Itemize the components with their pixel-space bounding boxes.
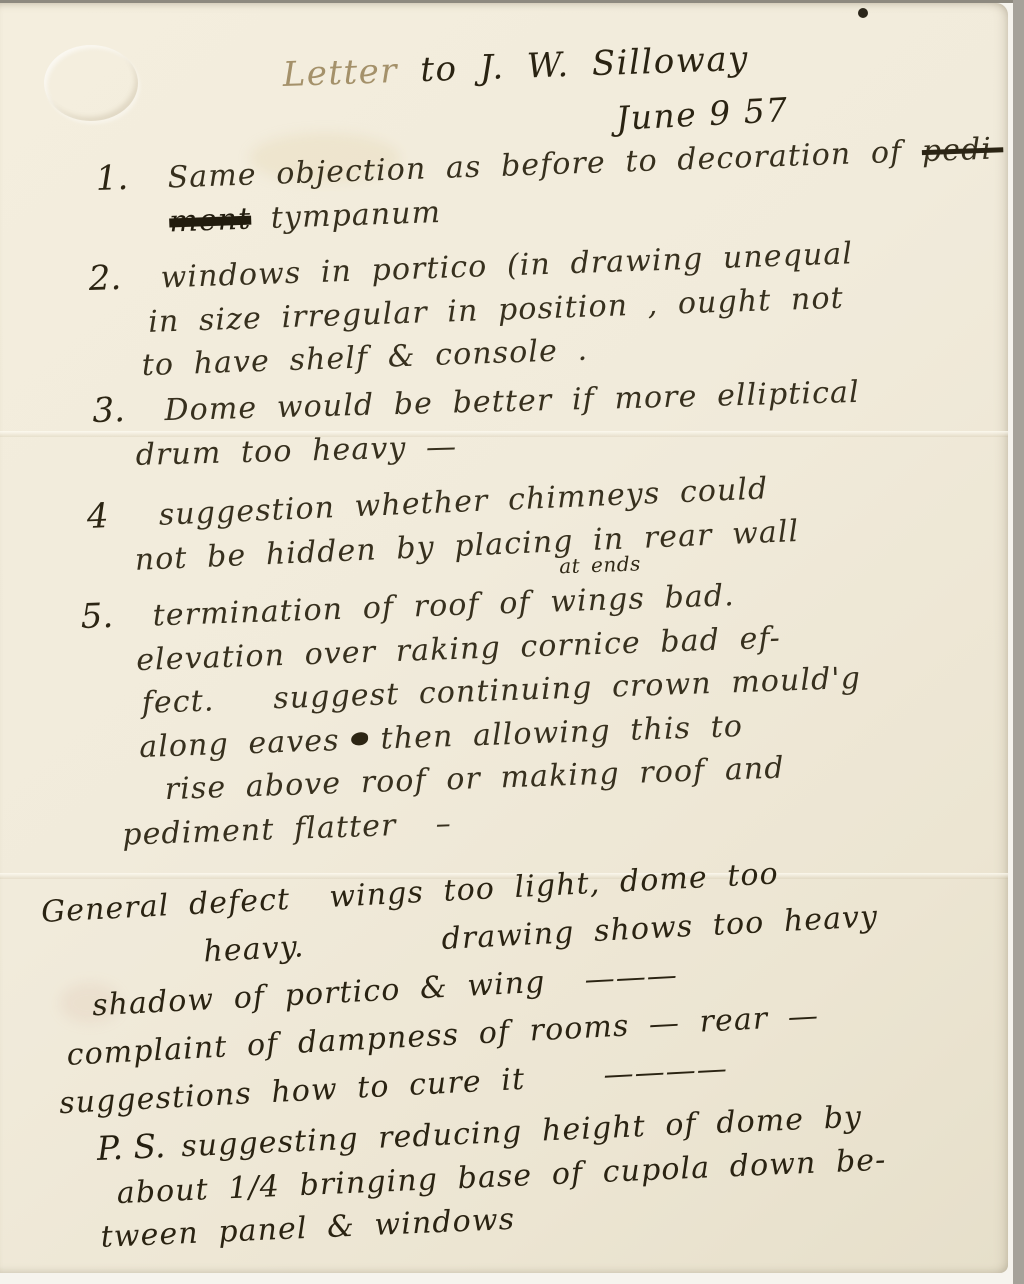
embossed-seal-icon (44, 45, 138, 121)
item-1-struck-word: pedi- (921, 131, 1004, 169)
item-1-struck-word-2: ment (169, 201, 252, 239)
scan-edge-right (1013, 0, 1024, 1284)
list-item-5: 5. at ends termination of roof of wings … (80, 570, 866, 858)
item-1-number: 1. (95, 157, 150, 246)
general-remarks: General defect wings too light, dome too… (40, 845, 887, 1128)
postscript-label: P. S. (96, 1126, 166, 1168)
item-1-text-2: tympanum (270, 194, 442, 235)
item-5-insertion-note: at ends (559, 551, 641, 578)
title-recipient: to J. W. Silloway (420, 39, 750, 90)
ink-spot-icon (858, 8, 868, 18)
item-5-text-4a: along eaves (139, 723, 341, 765)
letter-title: Letter to J. W. Silloway (282, 39, 749, 95)
list-item-2: 2. windows in portico (in drawing unequa… (88, 232, 857, 389)
title-word-faint: Letter (282, 51, 399, 95)
ink-blot-icon (351, 732, 368, 746)
list-item-3: 3. Dome would be better if more elliptic… (92, 371, 861, 478)
letter-sheet: Letter to J. W. Silloway June 9 57 1. Sa… (0, 3, 1008, 1273)
item-2-number: 2. (88, 257, 145, 389)
letter-date: June 9 57 (615, 90, 790, 138)
list-item-4: 4 suggestion whether chimneys could not … (86, 466, 800, 584)
list-item-1: 1. Same objection as before to decoratio… (95, 127, 1006, 246)
